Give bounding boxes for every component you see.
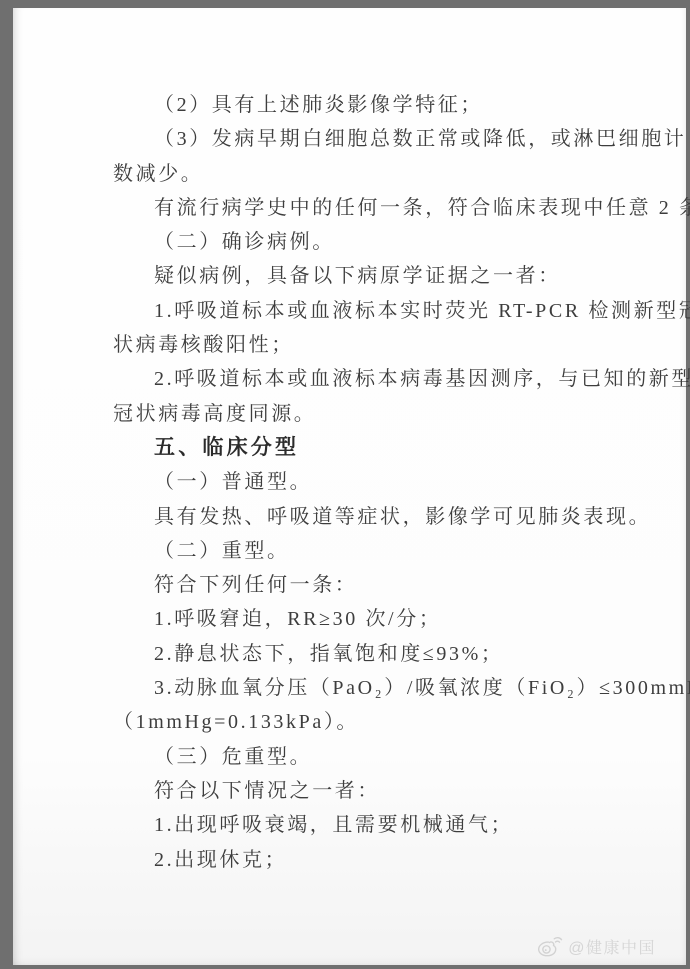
document-line: 数减少。 [113,157,644,191]
document-line: （二）确诊病例。 [113,225,644,259]
document-line: 1.呼吸道标本或血液标本实时荧光 RT-PCR 检测新型冠 [113,294,644,328]
watermark-text: @健康中国 [568,935,656,958]
document-line: （三）危重型。 [113,740,644,774]
document-line: 符合下列任何一条： [113,568,644,602]
document-body: （2）具有上述肺炎影像学特征；（3）发病早期白细胞总数正常或降低，或淋巴细胞计数… [113,88,644,877]
document-line: （3）发病早期白细胞总数正常或降低，或淋巴细胞计 [113,122,644,156]
document-line: 1.呼吸窘迫，RR≥30 次/分； [113,602,644,636]
document-line: 2.出现休克； [113,843,644,877]
document-line: 有流行病学史中的任何一条，符合临床表现中任意 2 条。 [113,191,644,225]
document-line: 3.动脉血氧分压（PaO₂）/吸氧浓度（FiO₂）≤300mmHg [113,671,644,705]
document-line: 状病毒核酸阳性； [113,328,644,362]
document-line: 2.呼吸道标本或血液标本病毒基因测序，与已知的新型 [113,362,644,396]
document-line: （1mmHg=0.133kPa）。 [113,705,644,739]
document-line: 具有发热、呼吸道等症状，影像学可见肺炎表现。 [113,500,644,534]
document-line: （二）重型。 [113,534,644,568]
document-page: （2）具有上述肺炎影像学特征；（3）发病早期白细胞总数正常或降低，或淋巴细胞计数… [13,8,686,965]
document-line: 冠状病毒高度同源。 [113,397,644,431]
weibo-icon [537,936,563,958]
document-line: 疑似病例，具备以下病原学证据之一者： [113,259,644,293]
document-line: 2.静息状态下，指氧饱和度≤93%； [113,637,644,671]
section-heading: 五、临床分型 [113,431,644,465]
watermark: @健康中国 [537,935,656,958]
document-line: （2）具有上述肺炎影像学特征； [113,88,644,122]
document-line: 1.出现呼吸衰竭，且需要机械通气； [113,808,644,842]
document-line: （一）普通型。 [113,465,644,499]
screenshot-root: { "page": { "frame_color": "#6f6f6f", "p… [0,0,690,969]
document-line: 符合以下情况之一者： [113,774,644,808]
